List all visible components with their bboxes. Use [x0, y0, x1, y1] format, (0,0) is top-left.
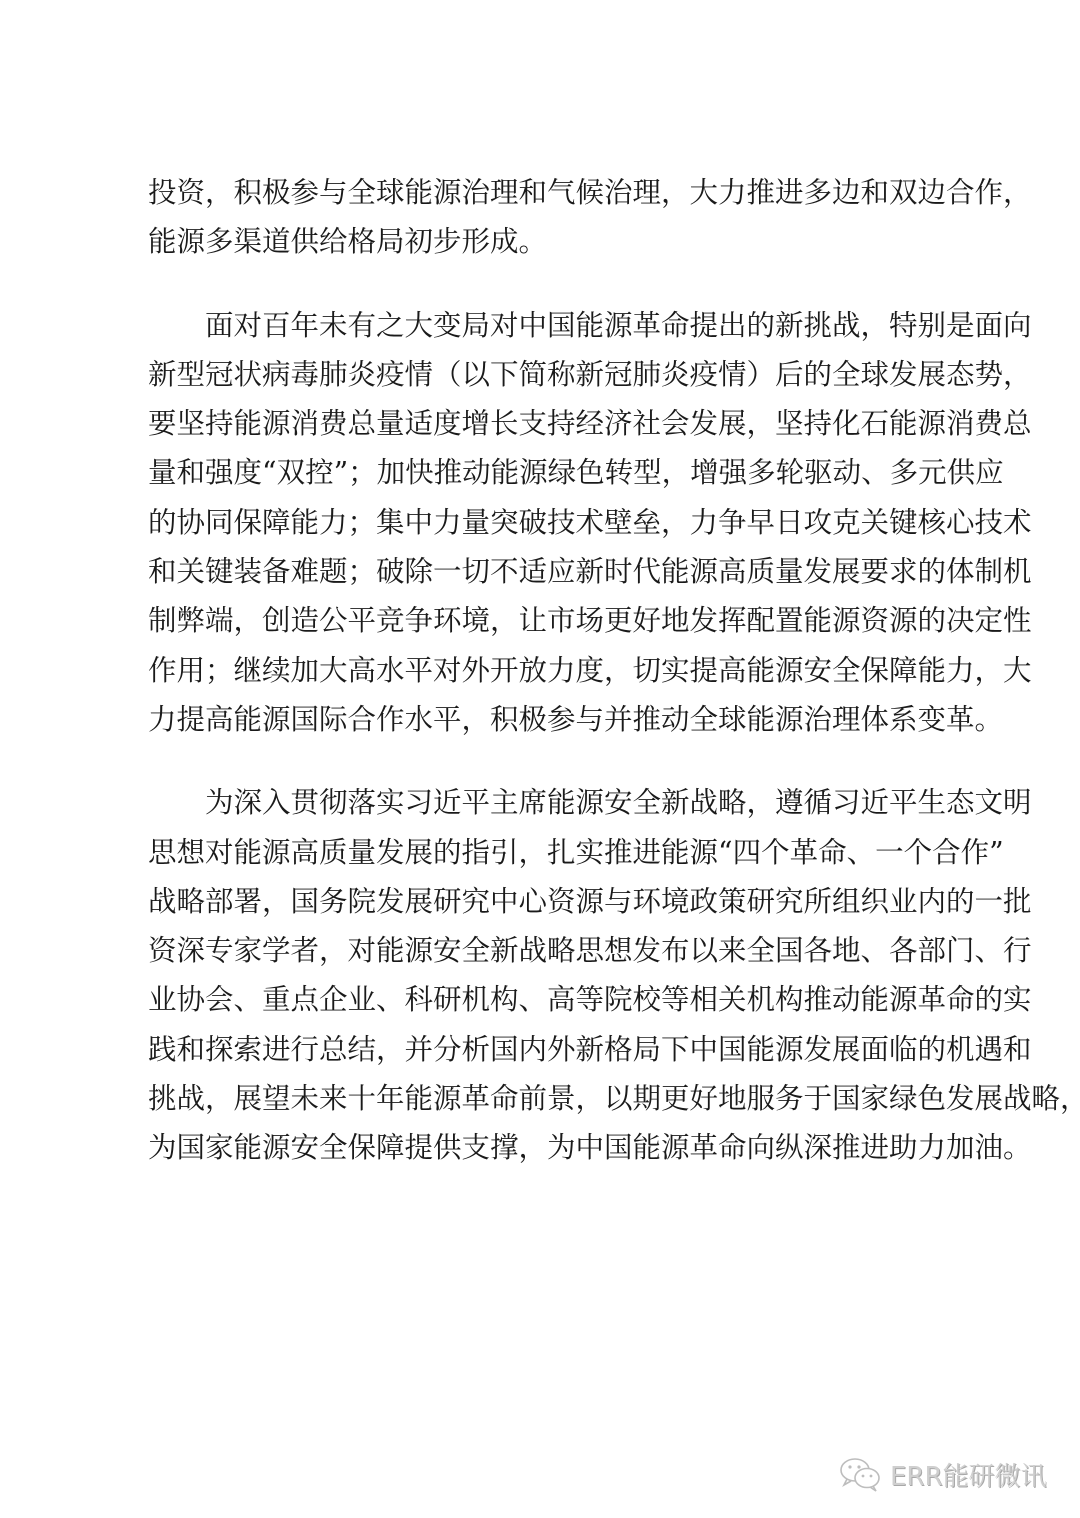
text-line: 挑战，展望未来十年能源革命前景，以期更好地服务于国家绿色发展战略，: [148, 1074, 942, 1123]
wechat-icon: [838, 1456, 884, 1492]
text-line: 业协会、重点企业、科研机构、高等院校等相关机构推动能源革命的实: [148, 975, 942, 1024]
text-line: 力提高能源国际合作水平，积极参与并推动全球能源治理体系变革。: [148, 695, 942, 744]
text-line: 新型冠状病毒肺炎疫情（以下简称新冠肺炎疫情）后的全球发展态势，: [148, 350, 942, 399]
text-line: 量和强度“双控”；加快推动能源绿色转型，增强多轮驱动、多元供应: [148, 448, 942, 497]
text-line: 作用；继续加大高水平对外开放力度，切实提高能源安全保障能力，大: [148, 646, 942, 695]
wechat-watermark: ERR能研微讯: [838, 1452, 1047, 1496]
watermark-text: ERR能研微讯: [890, 1456, 1047, 1493]
text-line: 投资，积极参与全球能源治理和气候治理，大力推进多边和双边合作，: [148, 168, 942, 217]
text-line: 的协同保障能力；集中力量突破技术壁垒，力争早日攻克关键核心技术: [148, 498, 942, 547]
text-line: 制弊端，创造公平竞争环境，让市场更好地发挥配置能源资源的决定性: [148, 596, 942, 645]
paragraph-3: 为深入贯彻落实习近平主席能源安全新战略，遵循习近平生态文明 思想对能源高质量发展…: [148, 778, 942, 1172]
text-line: 为国家能源安全保障提供支撑，为中国能源革命向纵深推进助力加油。: [148, 1123, 942, 1172]
text-line: 和关键装备难题；破除一切不适应新时代能源高质量发展要求的体制机: [148, 547, 942, 596]
text-line: 要坚持能源消费总量适度增长支持经济社会发展，坚持化石能源消费总: [148, 399, 942, 448]
text-line: 能源多渠道供给格局初步形成。: [148, 217, 942, 266]
text-line: 思想对能源高质量发展的指引，扎实推进能源“四个革命、一个合作”: [148, 828, 942, 877]
document-page: 投资，积极参与全球能源治理和气候治理，大力推进多边和双边合作， 能源多渠道供给格…: [0, 0, 1080, 1518]
text-line: 为深入贯彻落实习近平主席能源安全新战略，遵循习近平生态文明: [148, 778, 942, 827]
paragraph-2: 面对百年未有之大变局对中国能源革命提出的新挑战，特别是面向 新型冠状病毒肺炎疫情…: [148, 301, 942, 745]
text-line: 面对百年未有之大变局对中国能源革命提出的新挑战，特别是面向: [148, 301, 942, 350]
text-line: 践和探索进行总结，并分析国内外新格局下中国能源发展面临的机遇和: [148, 1025, 942, 1074]
document-body: 投资，积极参与全球能源治理和气候治理，大力推进多边和双边合作， 能源多渠道供给格…: [148, 168, 942, 1207]
text-line: 战略部署，国务院发展研究中心资源与环境政策研究所组织业内的一批: [148, 877, 942, 926]
paragraph-1: 投资，积极参与全球能源治理和气候治理，大力推进多边和双边合作， 能源多渠道供给格…: [148, 168, 942, 267]
text-line: 资深专家学者，对能源安全新战略思想发布以来全国各地、各部门、行: [148, 926, 942, 975]
